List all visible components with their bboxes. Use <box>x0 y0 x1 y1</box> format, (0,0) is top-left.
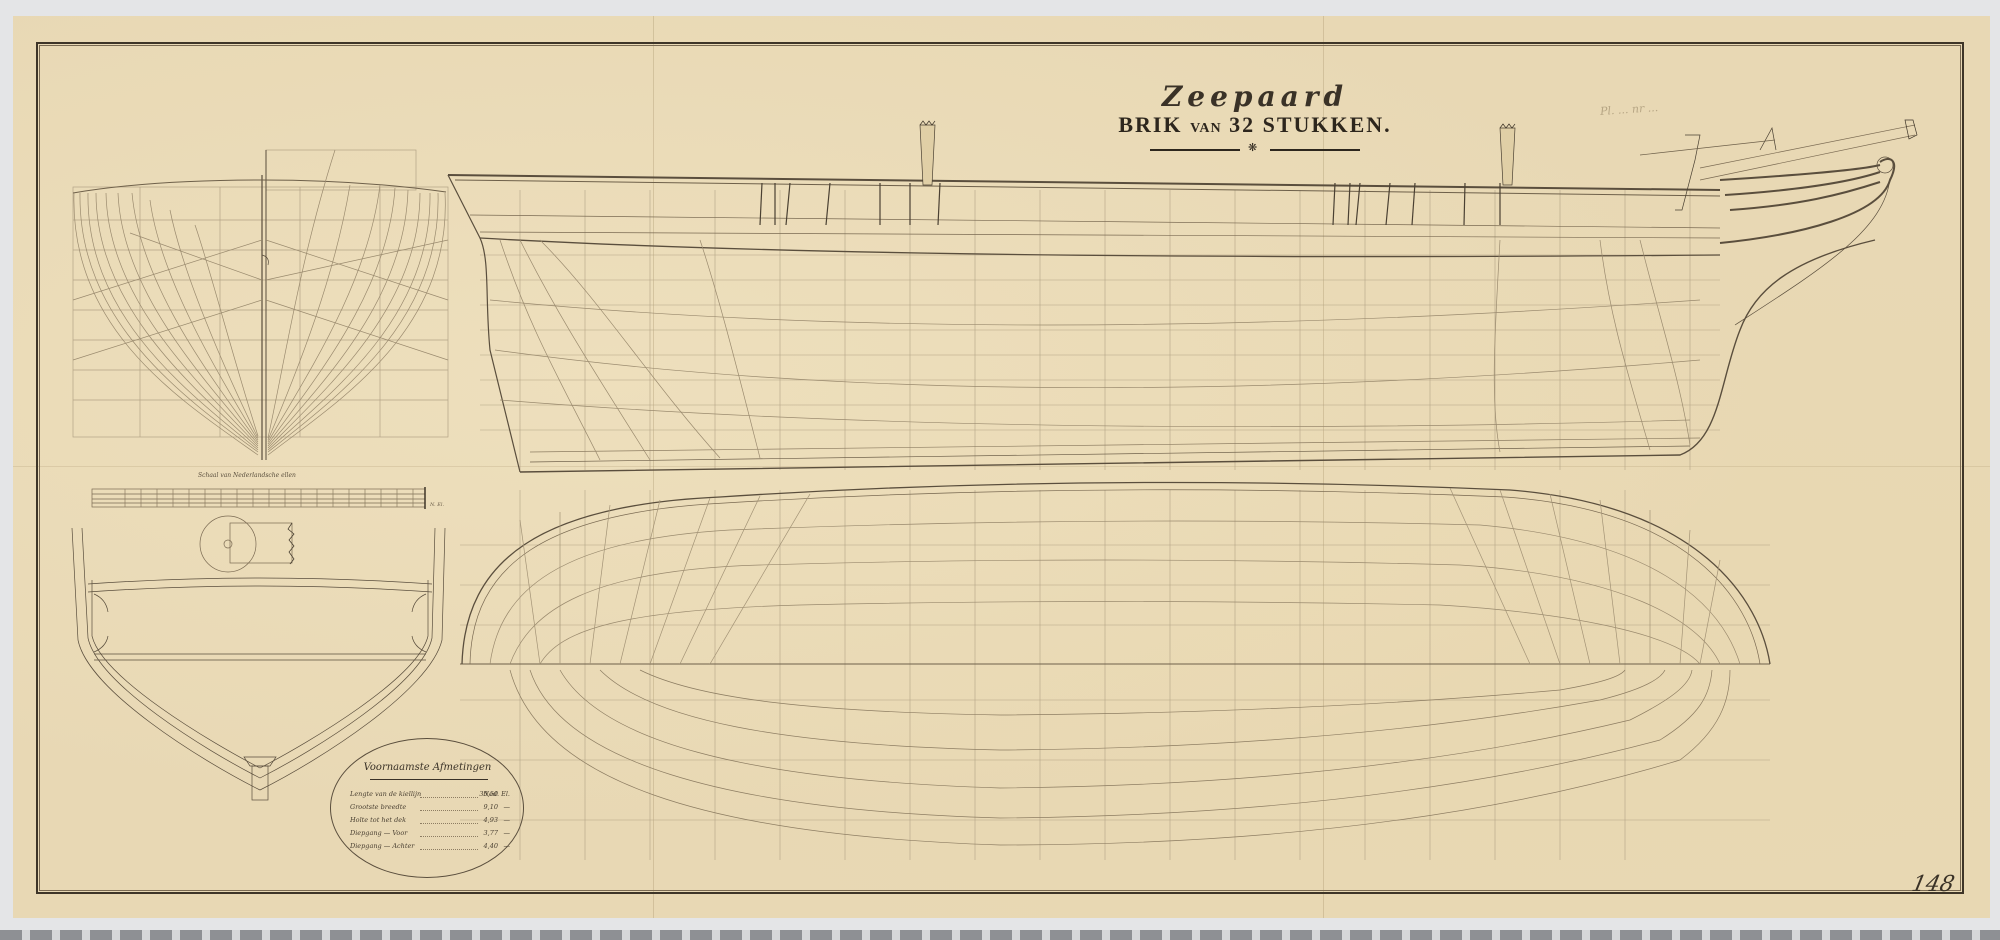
dimension-value: 3,77 <box>484 829 498 837</box>
dimension-unit: — <box>504 842 511 850</box>
dimension-value: 9,10 <box>484 803 498 811</box>
dimension-label: Diepgang — Achter <box>350 842 414 850</box>
ship-type-prefix: BRIK <box>1118 112 1182 137</box>
dimension-label: Grootste breedte <box>350 803 406 811</box>
ship-type-middle: VAN <box>1190 121 1222 136</box>
dimension-unit: Ned. El. <box>483 790 510 798</box>
leader-dots <box>420 810 478 811</box>
title-ornament-rule: ❋ <box>1150 146 1360 154</box>
dimension-label: Holte tot het dek <box>350 816 406 824</box>
dimension-value: 4,93 <box>484 816 498 824</box>
scale-bar <box>92 487 425 509</box>
dimension-label: Diepgang — Voor <box>350 829 407 837</box>
ship-drawings <box>0 0 2000 940</box>
dimension-label: Lengte van de kiellijn <box>350 790 421 798</box>
rule-left <box>1150 149 1240 151</box>
body-plan <box>73 150 448 460</box>
dimension-row: Grootste breedte 9,10 — <box>350 803 510 814</box>
ship-type-suffix: 32 STUKKEN. <box>1229 112 1392 137</box>
ship-name: Zeepaard <box>1090 82 1420 112</box>
dimension-row: Diepgang — Voor 3,77 — <box>350 829 510 840</box>
title-block: Zeepaard BRIK VAN 32 STUKKEN. ❋ <box>1090 82 1420 154</box>
leader-dots <box>420 836 478 837</box>
scale-unit: N. El. <box>430 502 444 508</box>
dimension-value: 4,40 <box>484 842 498 850</box>
ornament-star-icon: ❋ <box>1248 141 1257 154</box>
sheer-plan <box>448 120 1917 472</box>
dimension-unit: — <box>504 803 511 811</box>
sheet-number: 148 <box>1909 872 1956 897</box>
leader-dots <box>420 797 478 798</box>
half-breadth-plan <box>460 482 1770 860</box>
dimension-unit: — <box>504 816 511 824</box>
dimension-row: Holte tot het dek 4,93 — <box>350 816 510 827</box>
rule-right <box>1270 149 1360 151</box>
dimension-row: Diepgang — Achter 4,40 — <box>350 842 510 853</box>
dimension-unit: — <box>504 829 511 837</box>
scan-calibration-strip <box>0 930 2000 940</box>
leader-dots <box>420 823 478 824</box>
dimensions-title: Voornaamste Afmetingen <box>360 762 495 773</box>
leader-dots <box>420 849 478 850</box>
title-underline <box>370 779 488 780</box>
dimension-row: Lengte van de kiellijn 30,50 Ned. El. <box>350 790 510 801</box>
ship-type: BRIK VAN 32 STUKKEN. <box>1090 112 1420 142</box>
scale-caption: Schaal van Nederlandsche ellen <box>198 472 296 479</box>
dimensions-cartouche: Voornaamste Afmetingen Lengte van de kie… <box>330 738 524 878</box>
